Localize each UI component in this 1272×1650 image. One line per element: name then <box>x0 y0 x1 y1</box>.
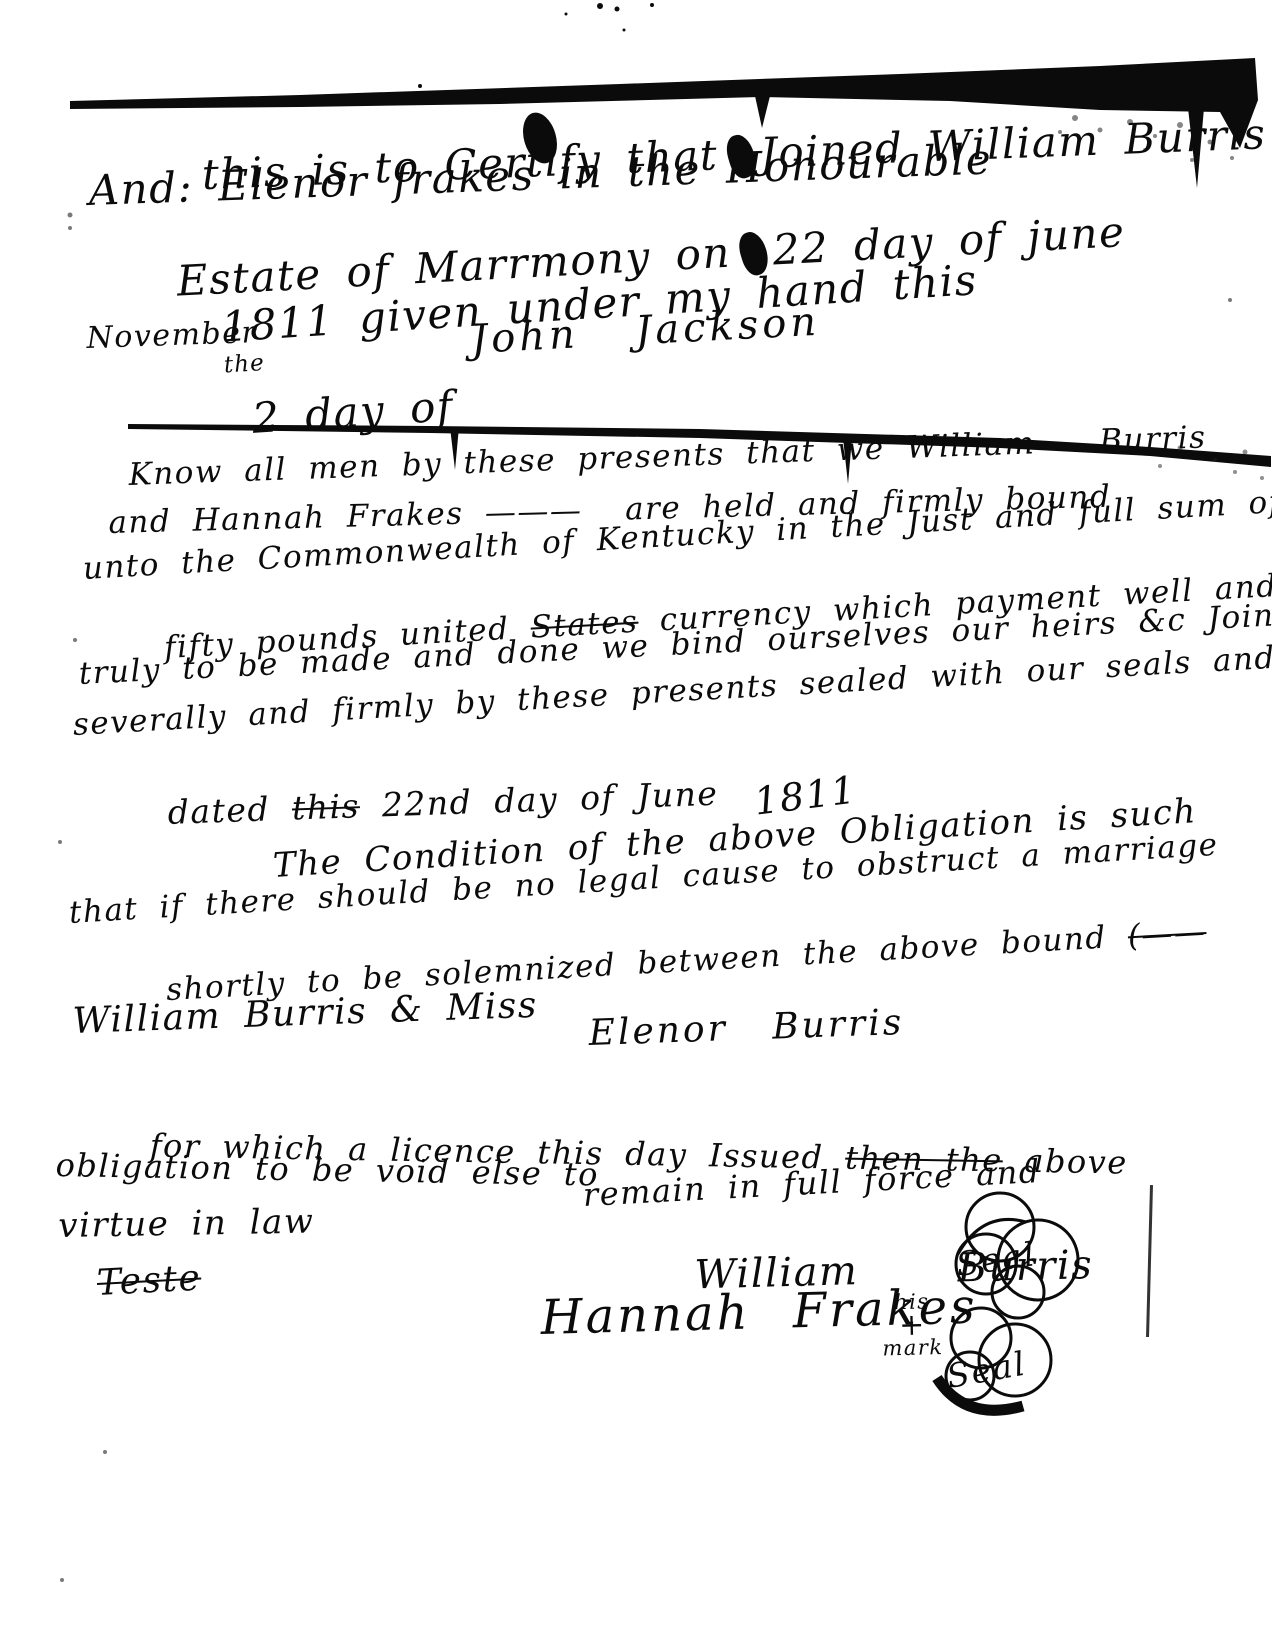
paper-edge-line <box>1146 1185 1153 1337</box>
seal-scribble-2: Seal <box>915 1288 1075 1428</box>
certificate-line-4-end: 2 day of <box>226 381 455 444</box>
hannah-frakes-signature: Hannah Frakes <box>540 1281 978 1345</box>
crossed-out-scribble: (—— <box>1127 914 1207 954</box>
condition-line-4-right: Elenor Burris <box>588 1003 905 1054</box>
top-speck-marks <box>418 3 654 88</box>
scanned-document-page: this is to Certify thatJoined William Bu… <box>0 0 1272 1650</box>
struck-word-this: this <box>291 786 360 827</box>
closing-line-3: virtue in law <box>58 1204 315 1246</box>
bond-line-7-start: dated <box>167 789 293 832</box>
teste-label: Teste <box>96 1259 202 1304</box>
bond-line-7-end: 22nd day of June <box>359 774 719 825</box>
superscript-the: the <box>223 350 265 379</box>
seal-2-label: Seal <box>944 1344 1030 1396</box>
certificate-month: November <box>86 316 258 355</box>
